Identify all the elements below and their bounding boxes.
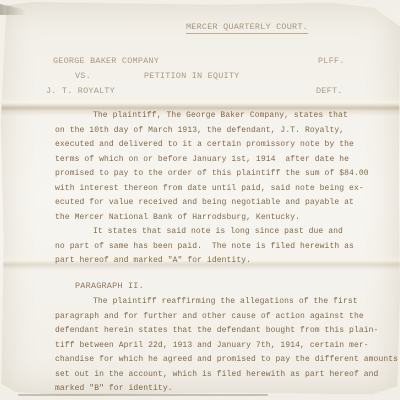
paragraph-two-heading: PARAGRAPH II. bbox=[75, 281, 144, 291]
text-line: on the 10th day of March 1913, the defen… bbox=[55, 126, 369, 141]
text-line: executed and delivered to it a certain p… bbox=[55, 140, 369, 155]
defendant-name: J. T. ROYALTY bbox=[46, 86, 115, 96]
text-line: defendant herein states that the defenda… bbox=[55, 326, 398, 341]
text-line: The plaintiff reaffirming the allegation… bbox=[55, 297, 398, 312]
text-line: chandise for which he agreed and promise… bbox=[55, 355, 398, 370]
text-line: the Mercer National Bank of Harrodsburg,… bbox=[55, 213, 369, 228]
paragraph-one-continued: It states that said note is long since p… bbox=[55, 227, 369, 271]
text-line: The plaintiff, The George Baker Company,… bbox=[55, 111, 369, 126]
text-line: part hereof and marked "A" for identity. bbox=[55, 256, 369, 271]
pleading-title: PETITION IN EQUITY bbox=[144, 71, 239, 81]
text-line: tiff between April 22d, 1913 and January… bbox=[55, 341, 398, 356]
court-header: MERCER QUARTERLY COURT. bbox=[186, 22, 308, 34]
document-scan: MERCER QUARTERLY COURT. GEORGE BAKER COM… bbox=[0, 0, 400, 400]
text-line: set out in the account, which is filed h… bbox=[55, 370, 398, 385]
defendant-abbreviation: DEFT. bbox=[316, 86, 343, 96]
text-line: It states that said note is long since p… bbox=[55, 227, 369, 242]
text-line: with interest thereon from date until pa… bbox=[55, 184, 369, 199]
paragraph-two-body: The plaintiff reaffirming the allegation… bbox=[55, 297, 398, 399]
text-line: no part of same has been paid. The note … bbox=[55, 242, 369, 257]
paper-sheet: MERCER QUARTERLY COURT. GEORGE BAKER COM… bbox=[0, 2, 400, 396]
plaintiff-abbreviation: PLFF. bbox=[318, 56, 345, 66]
petition-body: The plaintiff, The George Baker Company,… bbox=[55, 111, 369, 271]
paragraph-one: The plaintiff, The George Baker Company,… bbox=[55, 111, 369, 227]
versus-label: VS. bbox=[75, 71, 91, 81]
plaintiff-name: GEORGE BAKER COMPANY bbox=[53, 56, 159, 66]
text-line: terms of which on or before January 1st,… bbox=[55, 155, 369, 170]
text-line: marked "B" for identity. bbox=[55, 384, 398, 399]
text-line: promised to pay to the order of this pla… bbox=[55, 169, 369, 184]
text-line: paragraph and for further and other caus… bbox=[55, 312, 398, 327]
text-line: ecuted for value received and being nego… bbox=[55, 198, 369, 213]
